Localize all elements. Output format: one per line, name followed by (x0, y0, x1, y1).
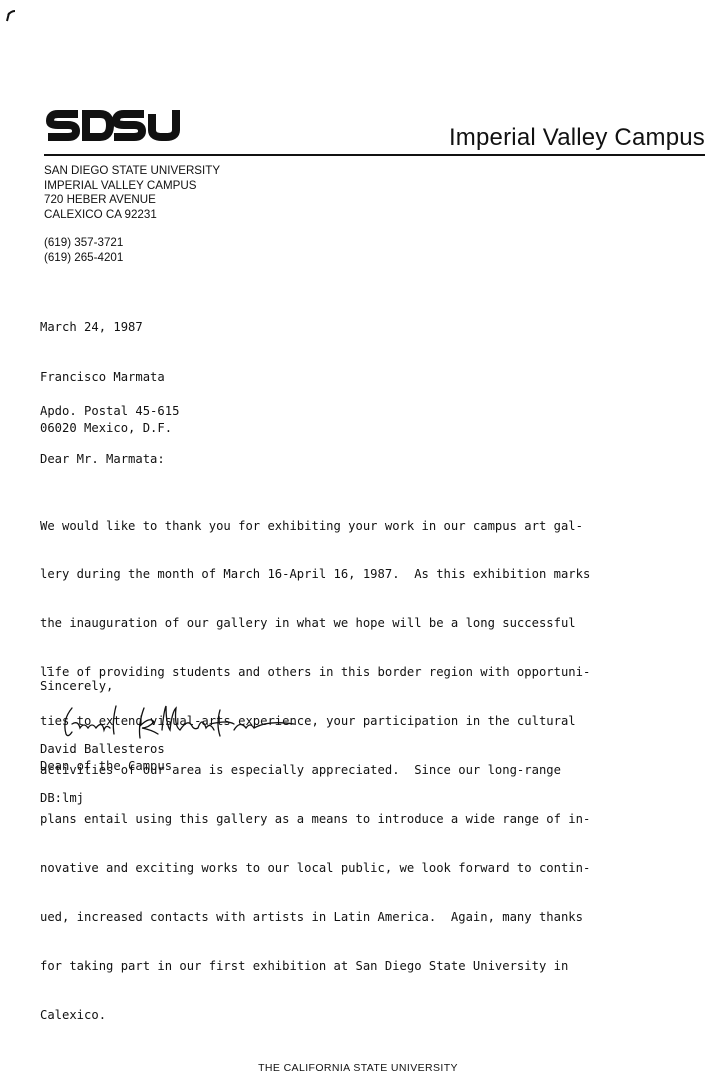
body-line: life of providing students and others in… (40, 664, 647, 680)
body-line: We would like to thank you for exhibitin… (40, 518, 647, 534)
phone-number: (619) 357-3721 (44, 236, 220, 251)
body-line: Calexico. (40, 1007, 647, 1023)
handwritten-signature (58, 700, 298, 744)
signer-block: David Ballesteros Dean of the Campus (40, 741, 172, 774)
body-line: for taking part in our first exhibition … (40, 958, 647, 974)
phone-number: (619) 265-4201 (44, 251, 220, 266)
reference-initials: DB:lmj (40, 791, 84, 805)
salutation: Dear Mr. Marmata: (40, 452, 165, 466)
handwritten-mark (4, 8, 18, 22)
signer-title: Dean of the Campus (40, 758, 172, 775)
body-line: novative and exciting works to our local… (40, 860, 647, 876)
letter-date: March 24, 1987 (40, 320, 143, 334)
recipient-name: Francisco Marmata (40, 370, 165, 384)
recipient-address-line: 06020 Mexico, D.F. (40, 420, 179, 437)
recipient-address: Apdo. Postal 45-615 06020 Mexico, D.F. (40, 403, 179, 436)
body-line: lery during the month of March 16-April … (40, 566, 647, 582)
address-line: SAN DIEGO STATE UNIVERSITY (44, 164, 220, 179)
campus-title: Imperial Valley Campus (449, 124, 705, 152)
closing: Sincerely, (40, 679, 113, 693)
footer-text: THE CALIFORNIA STATE UNIVERSITY (0, 1062, 716, 1074)
letterhead-rule (44, 154, 705, 156)
address-line: 720 HEBER AVENUE (44, 193, 220, 208)
signer-name: David Ballesteros (40, 741, 172, 758)
stray-mark (47, 667, 52, 668)
body-line: ued, increased contacts with artists in … (40, 909, 647, 925)
sdsu-logo (44, 106, 184, 144)
address-line: CALEXICO CA 92231 (44, 208, 220, 223)
address-line: IMPERIAL VALLEY CAMPUS (44, 179, 220, 194)
body-line: plans entail using this gallery as a mea… (40, 811, 647, 827)
body-line: the inauguration of our gallery in what … (40, 615, 647, 631)
recipient-address-line: Apdo. Postal 45-615 (40, 403, 179, 420)
sender-address-block: SAN DIEGO STATE UNIVERSITY IMPERIAL VALL… (44, 164, 220, 266)
